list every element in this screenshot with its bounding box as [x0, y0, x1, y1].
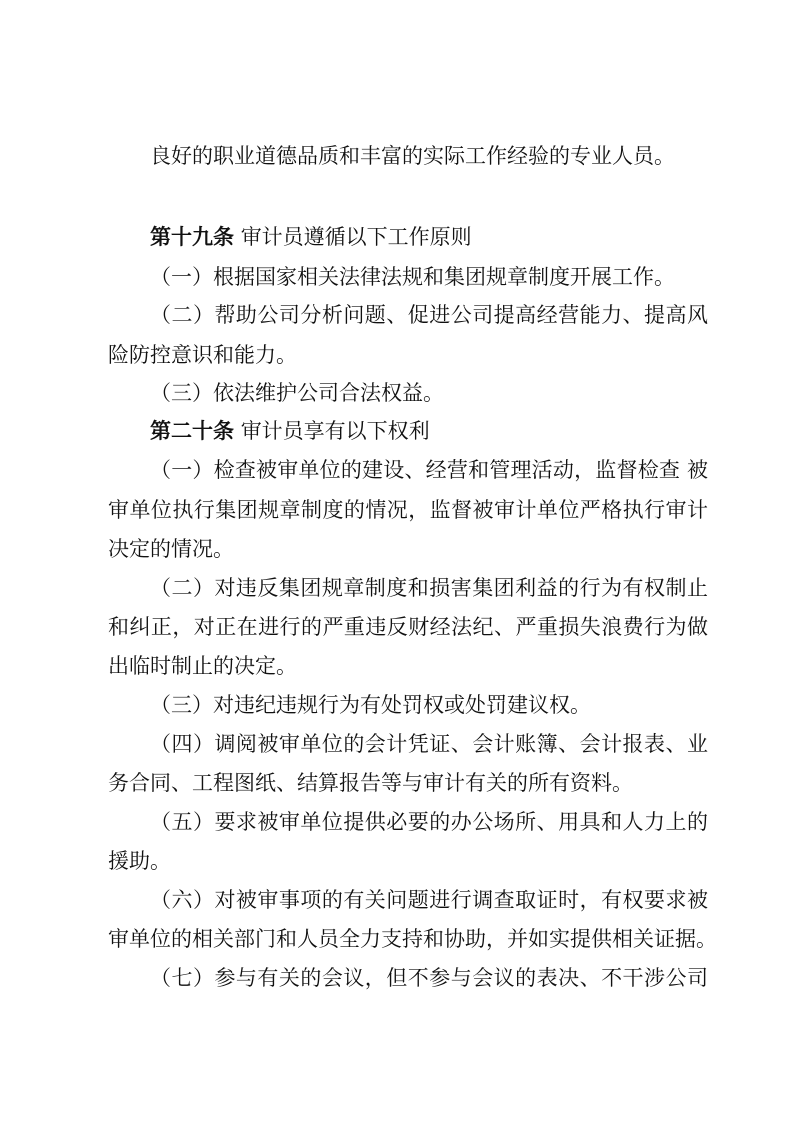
line-text: （一）检查被审单位的建设、经营和管理活动，监督检查 被	[150, 458, 708, 482]
paragraph-line: 审单位执行集团规章制度的情况，监督被审计单位严格执行审计	[108, 495, 708, 525]
line-text: （二）对违反集团规章制度和损害集团利益的行为有权制止	[150, 576, 708, 600]
line-text: （三）对违纪违规行为有处罚权或处罚建议权。	[150, 693, 591, 717]
paragraph-line: 险防控意识和能力。	[108, 340, 297, 370]
paragraph-line: 出临时制止的决定。	[108, 651, 297, 681]
line-text: 良好的职业道德品质和丰富的实际工作经验的专业人员。	[150, 144, 675, 168]
paragraph-line: （五）要求被审单位提供必要的办公场所、用具和人力上的	[150, 807, 708, 837]
line-text: 险防控意识和能力。	[108, 343, 297, 367]
paragraph-line: 良好的职业道德品质和丰富的实际工作经验的专业人员。	[150, 141, 675, 171]
article-heading-line: 第十九条 审计员遵循以下工作原则	[150, 222, 472, 252]
paragraph-line: （二）帮助公司分析问题、促进公司提高经营能力、提高风	[150, 300, 708, 330]
line-text: （四）调阅被审单位的会计凭证、会计账簿、会计报表、业	[150, 732, 708, 756]
line-text: 出临时制止的决定。	[108, 654, 297, 678]
line-text: 审单位的相关部门和人员全力支持和协助，并如实提供相关证据。	[108, 927, 717, 951]
line-text: 审计员享有以下权利	[241, 419, 430, 443]
paragraph-line: 和纠正，对正在进行的严重违反财经法纪、严重损失浪费行为做	[108, 612, 708, 642]
article-heading-line: 第二十条 审计员享有以下权利	[150, 416, 430, 446]
line-text: （七）参与有关的会议，但不参与会议的表决、不干涉公司	[150, 966, 708, 990]
article-number: 第十九条	[150, 224, 234, 249]
paragraph-line: （四）调阅被审单位的会计凭证、会计账簿、会计报表、业	[150, 729, 708, 759]
paragraph-line: （一）根据国家相关法律法规和集团规章制度开展工作。	[150, 262, 675, 292]
line-text: 决定的情况。	[108, 537, 234, 561]
paragraph-line: （三）依法维护公司合法权益。	[150, 378, 444, 408]
line-text: 务合同、工程图纸、结算报告等与审计有关的所有资料。	[108, 771, 633, 795]
line-text: （一）根据国家相关法律法规和集团规章制度开展工作。	[150, 265, 675, 289]
paragraph-line: （一）检查被审单位的建设、经营和管理活动，监督检查 被	[150, 455, 708, 485]
paragraph-line: （三）对违纪违规行为有处罚权或处罚建议权。	[150, 690, 591, 720]
line-text: 审单位执行集团规章制度的情况，监督被审计单位严格执行审计	[108, 498, 708, 522]
paragraph-line: 务合同、工程图纸、结算报告等与审计有关的所有资料。	[108, 768, 633, 798]
article-number: 第二十条	[150, 418, 234, 443]
paragraph-line: 援助。	[108, 846, 171, 876]
paragraph-line: （六）对被审事项的有关问题进行调查取证时，有权要求被	[150, 885, 708, 915]
paragraph-line: 审单位的相关部门和人员全力支持和协助，并如实提供相关证据。	[108, 924, 708, 954]
line-text: （二）帮助公司分析问题、促进公司提高经营能力、提高风	[150, 303, 708, 327]
line-text: 和纠正，对正在进行的严重违反财经法纪、严重损失浪费行为做	[108, 615, 708, 639]
line-text: （五）要求被审单位提供必要的办公场所、用具和人力上的	[150, 810, 708, 834]
line-text: 审计员遵循以下工作原则	[241, 225, 472, 249]
paragraph-line: 决定的情况。	[108, 534, 234, 564]
line-text: （三）依法维护公司合法权益。	[150, 381, 444, 405]
paragraph-line: （七）参与有关的会议，但不参与会议的表决、不干涉公司	[150, 963, 708, 993]
line-text: （六）对被审事项的有关问题进行调查取证时，有权要求被	[150, 888, 708, 912]
line-text: 援助。	[108, 849, 171, 873]
paragraph-line: （二）对违反集团规章制度和损害集团利益的行为有权制止	[150, 573, 708, 603]
